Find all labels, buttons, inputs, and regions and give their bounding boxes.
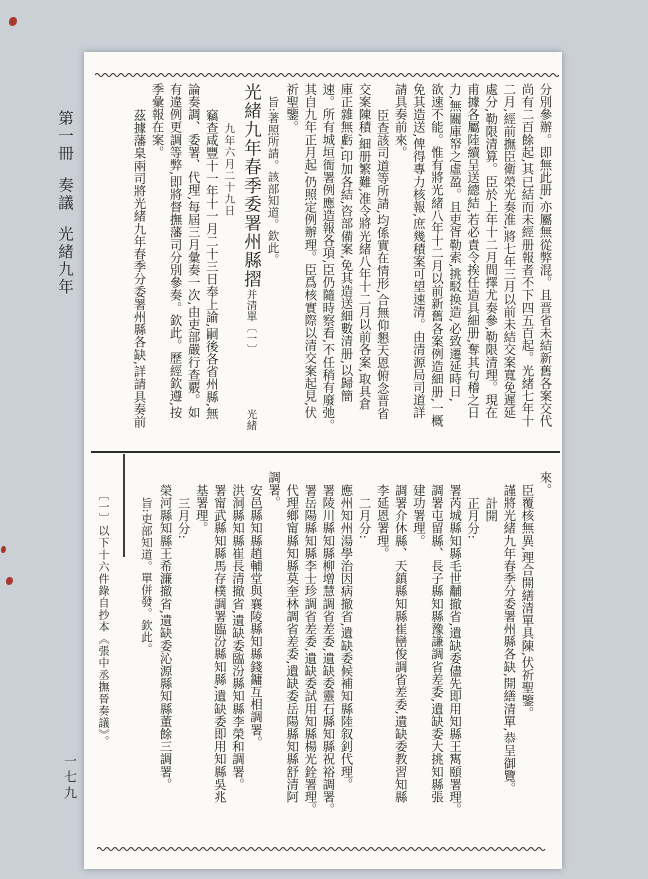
appointment-entry: 安邑縣知縣趙輔堂與襄陵縣知縣錢鏞互相調署。 [246,471,264,849]
volume-label: 第一冊 [56,110,74,163]
month-heading: 二月分: [355,471,373,849]
appointment-entry: 榮河縣知縣王希濂撤省,遺缺委沁源縣知縣董餘三調署。 [156,471,174,849]
text-column: 欲速不能。惟有將光緒八年十二月以前新舊各案例造細册,一概 [427,83,445,459]
appointment-entry: 署芮城縣知縣毛世黼撤省,遺缺委儘先即用知縣王寯頤署理。 [445,471,463,849]
text-column: 有違例更調等弊,即將督撫藩司分別參奏。欽此。歷經欽遵,按 [166,83,184,459]
red-mark [1,546,6,553]
red-mark [6,577,13,585]
appointment-entry: 署岳陽縣知縣李士珍調省差委,遺缺委試用知縣楊光銓署理。 [301,471,319,849]
folio-header: 第一冊奏議光緒九年 [54,110,76,350]
memorial-title-text: 光緒九年春季委署州縣摺 [242,83,262,289]
text-column: 竊查咸豐十一年十一月二十三日奉上諭,嗣後各省州縣,無 [202,83,220,459]
appointment-entry-continuation: 建功署理。 [409,471,427,849]
text-column: 分別參辦。即無此册,亦屬無從弊混。且晋省未結新舊各案交代 [536,83,554,459]
wavy-rule-top [95,64,559,72]
text-column: 祈聖鑒。 [283,83,301,459]
page-scan: 第一冊奏議光緒九年 一七九 分別參辦。即無此册,亦屬無從弊混。且晋省未結新舊各案… [0,0,648,879]
appointment-entry-continuation: 調署。 [265,471,283,849]
text-column: 庫正雜無虧,印加各結,咨部備案,免其造送細數清册,以歸簡 [337,83,355,459]
appointment-entry: 調署介休縣、天鎮縣知縣崔巒俊調省差委,遺缺委教習知縣 [391,471,409,849]
memorial-title-note: 并清單〔一〕 [246,289,258,355]
text-column: 臣查該司道等所請,均係實在情形,合無仰懇天恩俯念晋省 [373,83,391,459]
edict-line: 旨:著照所請。該部知道。欽此。 [265,83,283,459]
text-column: 來。 [536,471,554,849]
footnote: 〔一〕以下十六件錄自抄本《張中丞撫晉奏議》。 [96,489,111,834]
text-column: 甫據各屬陸續呈送總結,若必責令挨任造具細册,奪其句稽之日 [464,83,482,459]
appointment-entry: 應州知州湯學治因病撤省,遺缺委候補知縣陸叙釗代理。 [337,471,355,849]
memorial-date: 九年六月二十九日 [220,83,238,459]
text-column: 交案陳積,細册繁難,准令將光緒八年十二月以前各案,取具倉 [355,83,373,459]
red-mark [9,17,17,26]
month-heading: 正月分: [464,471,482,849]
memorial-title: 光緒九年春季委署州縣摺并清單〔一〕光緒 [242,83,260,459]
text-column: 謹將光緒九年春季分委署州縣各缺,開繕清單,恭呈御覽。 [500,471,518,849]
text-column: 茲據藩臬兩司將光緒九年春季分委署州縣各缺,詳請具奏前 [130,83,148,459]
edict-line: 旨:吏部知道。單併發。欽此。 [138,471,156,849]
divider-rule [91,451,560,453]
text-column: 其自九年正月起,仍照定例辦理。臣爲核實際以清交案起見,伏 [301,83,319,459]
appointment-entry: 代理鄉甯縣知縣莫奎林調省差委,遺缺委岳陽縣知縣舒清阿 [283,471,301,849]
text-column: 二月,經前撫臣衛榮光奏准,將七年三月以前未結交案寬免遲延 [500,83,518,459]
appointment-entry-continuation: 基署理。 [192,471,210,849]
memorial-date-lead: 光緒 [246,355,258,430]
text-column: 力,無關庫帑之虛盈。且吏胥勒索,挑駁换造,必致遷延時日, [445,83,463,459]
text-column: 論奏調、委署、代理,每屆三月彙奏一次,由吏部嚴行查覈。如 [184,83,202,459]
page-number: 一七九 [59,754,78,834]
month-heading: 三月分: [174,471,192,849]
appointment-entry: 調署屯留縣、長子縣知縣豫謙調省差委,遺缺委大挑知縣張 [427,471,445,849]
text-column: 免其造送,俾得專力核報,庶幾積案可望速清。由清源局司道詳 [409,83,427,459]
text-column: 請具奏前來。 [391,83,409,459]
era-label: 光緒九年 [56,212,74,296]
text-column: 尚有二百餘起,其已結而未經册報者不下四五百起。光緒七年十 [518,83,536,459]
section-label: 奏議 [56,163,74,212]
appointment-entry: 洪洞縣知縣崔長清撤省,遺缺委臨汾縣知縣李榮和調署。 [228,471,246,849]
wavy-rule-bottom [97,838,547,846]
footnote-rule [123,454,125,557]
list-heading: 計開 [482,471,500,849]
text-column: 處分,勒限清算。臣於上年十二月間擇尤奏參,勒限清理。現在 [482,83,500,459]
book-page: 分別參辦。即無此册,亦屬無從弊混。且晋省未結新舊各案交代 尚有二百餘起,其已結而… [84,52,562,869]
text-column: 臣覆核無異,理合開繕清單具陳,伏祈聖鑒。 [518,471,536,849]
appointment-entry: 署甯武縣知縣馬存樸調署臨汾縣知縣,遺缺委即用知縣吳兆 [210,471,228,849]
appointment-entry-continuation: 李延恩署理。 [373,471,391,849]
appointment-entry: 署陵川縣知縣柳增慧調省差委,遺缺委靈石縣知縣祝裕調署。 [319,471,337,849]
text-column: 季彙報在案。 [148,83,166,459]
text-block-top: 分別參辦。即無此册,亦屬無從弊混。且晋省未結新舊各案交代 尚有二百餘起,其已結而… [102,83,554,459]
text-column: 速。所有城垣衙署例應造報各項,臣仍隨時察看,不任稍有廢弛。 [319,83,337,459]
text-block-bottom: 來。 臣覆核無異,理合開繕清單具陳,伏祈聖鑒。 謹將光緒九年春季分委署州縣各缺,… [102,471,554,849]
